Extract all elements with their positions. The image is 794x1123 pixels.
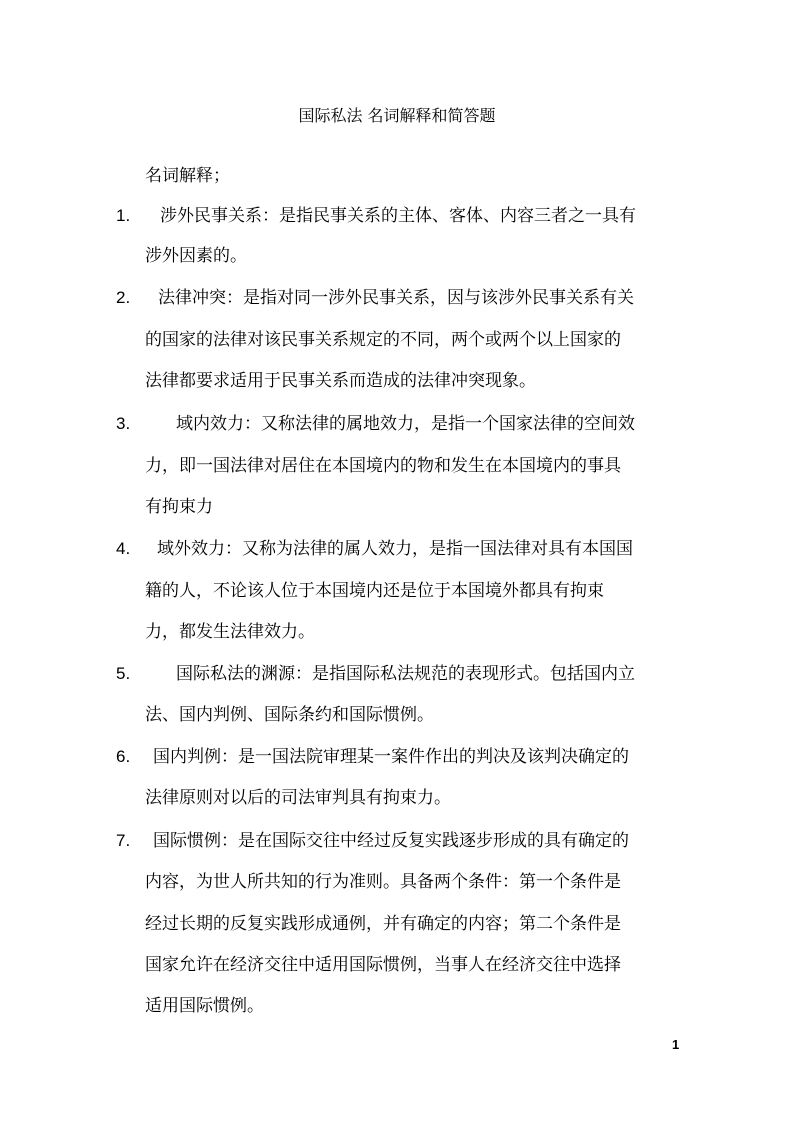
item-text-line: 域内效力：又称法律的属地效力，是指一个国家法律的空间效 [176, 413, 635, 435]
document-title: 国际私法 名词解释和简答题 [0, 105, 794, 127]
item-text-line: 的国家的法律对该民事关系规定的不同，两个或两个以上国家的 [145, 329, 621, 351]
item-text-line: 国际惯例：是在国际交往中经过反复实践逐步形成的具有确定的 [153, 830, 629, 852]
item-text-line: 法律都要求适用于民事关系而造成的法律冲突现象。 [145, 370, 536, 392]
item-number: 2. [116, 287, 130, 309]
item-text-line: 籍的人，不论该人位于本国境内还是位于本国境外都具有拘束 [145, 580, 604, 602]
item-text-line: 内容，为世人所共知的行为准则。具备两个条件：第一个条件是 [145, 871, 621, 893]
item-text-line: 经过长期的反复实践形成通例，并有确定的内容；第二个条件是 [145, 913, 621, 935]
item-number: 7. [116, 830, 130, 852]
item-text-line: 国际私法的渊源：是指国际私法规范的表现形式。包括国内立 [176, 663, 635, 685]
item-number: 5. [116, 663, 130, 685]
item-text-line: 适用国际惯例。 [145, 995, 264, 1017]
item-number: 1. [116, 205, 130, 227]
item-text-line: 国内判例：是一国法院审理某一案件作出的判决及该判决确定的 [153, 746, 629, 768]
item-text-line: 国家允许在经济交往中适用国际惯例，当事人在经济交往中选择 [145, 954, 621, 976]
item-text-line: 法律原则对以后的司法审判具有拘束力。 [145, 787, 451, 809]
item-text-line: 域外效力：又称为法律的属人效力，是指一国法律对具有本国国 [157, 538, 633, 560]
item-text-line: 涉外民事关系：是指民事关系的主体、客体、内容三者之一具有 [160, 205, 636, 227]
item-text-line: 有拘束力 [145, 496, 213, 518]
item-text-line: 法、国内判例、国际条约和国际惯例。 [145, 704, 434, 726]
item-number: 3. [116, 413, 130, 435]
page-number: 1 [672, 1035, 679, 1055]
item-number: 4. [116, 538, 130, 560]
section-heading: 名词解释； [145, 165, 230, 187]
item-text-line: 力，都发生法律效力。 [145, 621, 315, 643]
item-number: 6. [116, 746, 130, 768]
item-text-line: 法律冲突：是指对同一涉外民事关系，因与该涉外民事关系有关 [158, 287, 634, 309]
item-text-line: 涉外因素的。 [145, 245, 247, 267]
item-text-line: 力，即一国法律对居住在本国境内的物和发生在本国境内的事具 [145, 455, 621, 477]
